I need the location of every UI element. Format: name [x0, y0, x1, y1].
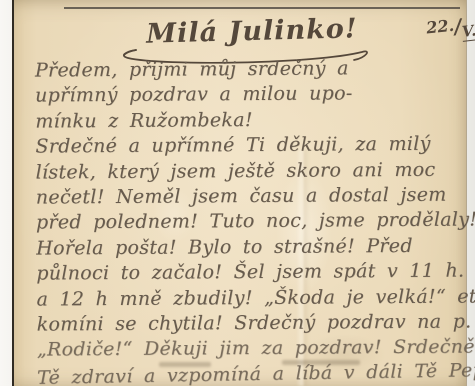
date-month: V.	[461, 21, 475, 41]
postcard-header: Milá Julinko! 22./V.	[14, 10, 475, 62]
body-line: Hořela pošta! Bylo to strašné! Před	[36, 234, 475, 262]
printed-top-rule	[64, 7, 460, 9]
body-line: mínku z Ružombeka!	[35, 107, 475, 135]
body-line: komíni se chytila! Srdečný pozdrav na p.	[37, 310, 475, 338]
body-line: a 12 h mně zbudily! „Škoda je velká!“ et…	[36, 285, 475, 313]
body-line: lístek, který jsem ještě skoro ani moc	[36, 158, 475, 186]
body-line: Předem, přijmi můj srdečný a	[35, 56, 475, 84]
body-line: upřímný pozdrav a milou upo-	[35, 82, 475, 110]
body-line: před polednem! Tuto noc, jsme prodělaly!	[36, 209, 475, 237]
date: 22./V.	[424, 9, 475, 38]
date-day: 22.	[425, 16, 455, 38]
letter-body: Předem, přijmi můj srdečný a upřímný poz…	[35, 56, 475, 386]
body-line: nečetl! Neměl jsem času a dostal jsem	[36, 183, 475, 211]
postcard-scan: Milá Julinko! 22./V. Předem, přijmi můj …	[0, 0, 475, 386]
postcard: Milá Julinko! 22./V. Předem, přijmi můj …	[12, 0, 467, 386]
body-line: půlnoci to začalo! Šel jsem spát v 11 h.	[36, 260, 475, 288]
body-line: Srdečné a upřímné Ti děkuji, za milý	[35, 133, 475, 161]
